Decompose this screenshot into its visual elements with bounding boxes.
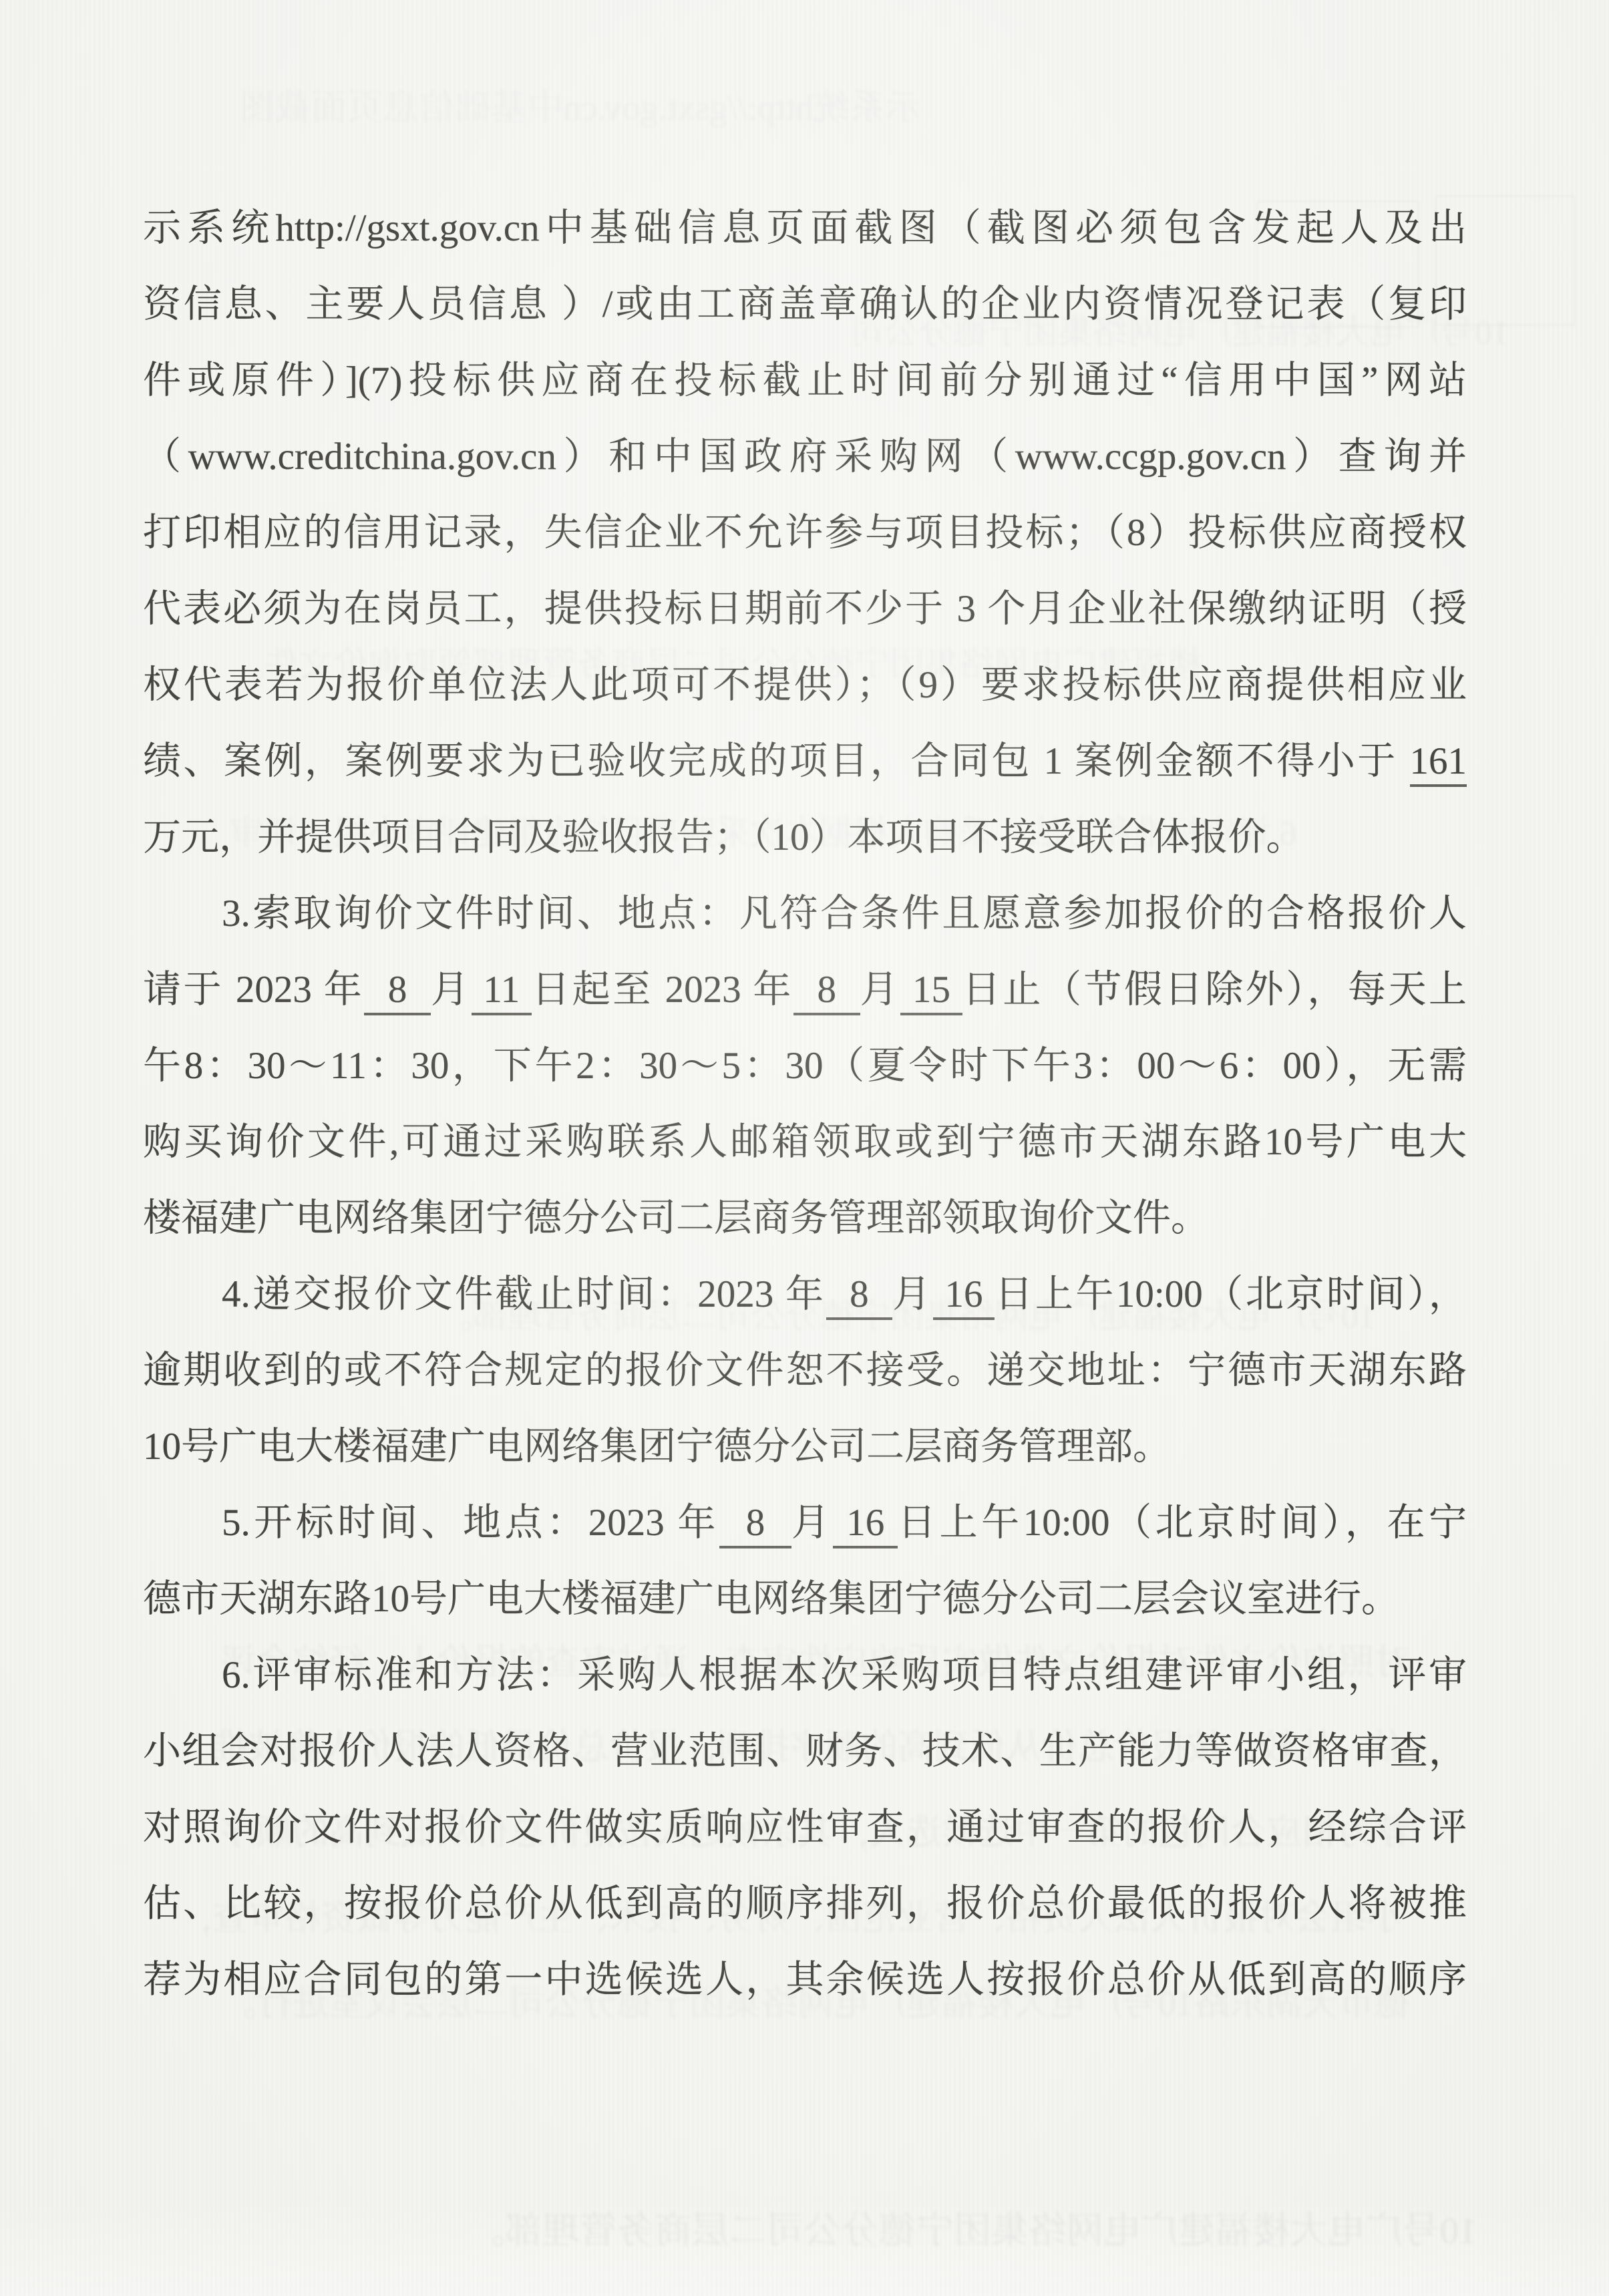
text-segment: 逾期收到的或不符合规定的报价文件恕不接受。递交地址：宁德市天湖东路 bbox=[143, 1349, 1467, 1391]
text-segment: 资信息、主要人员信息 ）/或由工商盖章确认的企业内资情况登记表（复印 bbox=[143, 283, 1467, 325]
text-segment: 10号广电大楼福建广电网络集团宁德分公司二层商务管理部。 bbox=[143, 1426, 1171, 1468]
text-line-17: 10号广电大楼福建广电网络集团宁德分公司二层商务管理部。 bbox=[143, 1409, 1467, 1485]
text-line-12: 午8：30～11：30，下午2：30～5：30（夏令时下午3：00～6：00），… bbox=[143, 1028, 1467, 1104]
underlined-value: 16 bbox=[933, 1273, 995, 1320]
text-line-4: （www.creditchina.gov.cn）和中国政府采购网（www.ccg… bbox=[143, 419, 1467, 495]
text-segment: 日起至 2023 年 bbox=[532, 969, 793, 1011]
text-line-22: 对照询价文件对报价文件做实质响应性审查，通过审查的报价人，经综合评 bbox=[143, 1790, 1467, 1866]
text-segment: 3.索取询价文件时间、地点：凡符合条件且愿意参加报价的合格报价人 bbox=[222, 892, 1467, 935]
text-segment: 5.开标时间、地点：2023 年 bbox=[222, 1502, 719, 1544]
text-segment: 月 bbox=[892, 1273, 933, 1315]
text-segment: 件或原件）](7)投标供应商在投标截止时间前分别通过“信用中国”网站 bbox=[143, 359, 1467, 401]
text-segment: 月 bbox=[791, 1502, 834, 1544]
text-line-16: 逾期收到的或不符合规定的报价文件恕不接受。递交地址：宁德市天湖东路 bbox=[143, 1333, 1467, 1409]
text-line-9: 万元，并提供项目合同及验收报告；（10）本项目不接受联合体报价。 bbox=[143, 800, 1467, 876]
text-line-19: 德市天湖东路10号广电大楼福建广电网络集团宁德分公司二层会议室进行。 bbox=[143, 1561, 1467, 1637]
text-segment: 打印相应的信用记录，失信企业不允许参与项目投标；（8）投标供应商授权 bbox=[143, 512, 1467, 554]
text-segment: 估、比较，按报价总价从低到高的顺序排列，报价总价最低的报价人将被推 bbox=[143, 1882, 1467, 1925]
text-segment: 购买询价文件,可通过采购联系人邮箱领取或到宁德市天湖东路10号广电大 bbox=[143, 1121, 1467, 1163]
text-segment: （www.creditchina.gov.cn）和中国政府采购网（www.ccg… bbox=[143, 436, 1467, 478]
text-segment: 6.评审标准和方法：采购人根据本次采购项目特点组建评审小组，评审 bbox=[222, 1654, 1467, 1696]
text-segment: 小组会对报价人法人资格、营业范围、财务、技术、生产能力等做资格审查， bbox=[143, 1730, 1467, 1772]
text-segment: 日上午10:00（北京时间）， bbox=[995, 1273, 1467, 1315]
underlined-value: 8 bbox=[719, 1502, 791, 1548]
text-line-20: 6.评审标准和方法：采购人根据本次采购项目特点组建评审小组，评审 bbox=[143, 1637, 1467, 1713]
text-line-23: 估、比较，按报价总价从低到高的顺序排列，报价总价最低的报价人将被推 bbox=[143, 1866, 1467, 1942]
text-segment: 对照询价文件对报价文件做实质响应性审查，通过审查的报价人，经综合评 bbox=[143, 1806, 1467, 1848]
text-line-15: 4.递交报价文件截止时间：2023 年 8 月 16 日上午10:00（北京时间… bbox=[143, 1257, 1467, 1333]
text-segment: 德市天湖东路10号广电大楼福建广电网络集团宁德分公司二层会议室进行。 bbox=[143, 1578, 1399, 1620]
text-line-7: 权代表若为报价单位法人此项可不提供）；（9）要求投标供应商提供相应业 bbox=[143, 647, 1467, 723]
scanned-document-page: 示系统http://gsxt.gov.cn中基础信息页面截图（截图必须包含发起人… bbox=[0, 0, 1609, 2296]
text-line-14: 楼福建广电网络集团宁德分公司二层商务管理部领取询价文件。 bbox=[143, 1180, 1467, 1257]
text-segment: 午8：30～11：30，下午2：30～5：30（夏令时下午3：00～6：00），… bbox=[143, 1045, 1467, 1087]
bleed-through-ghost: 示系统http://gsxt.gov.cn中基础信息页面截图（截图必须包含发起人… bbox=[220, 79, 922, 130]
text-segment: 代表必须为在岗员工，提供投标日期前不少于 3 个月企业社保缴纳证明（授 bbox=[143, 588, 1467, 630]
underlined-value: 15 bbox=[900, 969, 962, 1015]
text-line-13: 购买询价文件,可通过采购联系人邮箱领取或到宁德市天湖东路10号广电大 bbox=[143, 1104, 1467, 1180]
text-segment: 万元，并提供项目合同及验收报告；（10）本项目不接受联合体报价。 bbox=[143, 816, 1304, 858]
text-segment: 荐为相应合同包的第一中选候选人，其余候选人按报价总价从低到高的顺序 bbox=[143, 1959, 1467, 2001]
text-line-3: 件或原件）](7)投标供应商在投标截止时间前分别通过“信用中国”网站 bbox=[143, 343, 1467, 419]
text-segment: 月 bbox=[431, 969, 472, 1011]
text-line-18: 5.开标时间、地点：2023 年 8 月 16 日上午10:00（北京时间），在… bbox=[143, 1485, 1467, 1561]
underlined-value: 161 bbox=[1410, 740, 1467, 787]
text-segment: 权代表若为报价单位法人此项可不提供）；（9）要求投标供应商提供相应业 bbox=[143, 664, 1467, 706]
text-line-5: 打印相应的信用记录，失信企业不允许参与项目投标；（8）投标供应商授权 bbox=[143, 495, 1467, 571]
text-segment: 示系统http://gsxt.gov.cn中基础信息页面截图（截图必须包含发起人… bbox=[143, 207, 1467, 249]
text-line-6: 代表必须为在岗员工，提供投标日期前不少于 3 个月企业社保缴纳证明（授 bbox=[143, 571, 1467, 647]
text-line-21: 小组会对报价人法人资格、营业范围、财务、技术、生产能力等做资格审查， bbox=[143, 1713, 1467, 1790]
text-line-1: 示系统http://gsxt.gov.cn中基础信息页面截图（截图必须包含发起人… bbox=[143, 190, 1467, 267]
text-line-2: 资信息、主要人员信息 ）/或由工商盖章确认的企业内资情况登记表（复印 bbox=[143, 267, 1467, 343]
text-line-24: 荐为相应合同包的第一中选候选人，其余候选人按报价总价从低到高的顺序 bbox=[143, 1942, 1467, 2018]
underlined-value: 8 bbox=[826, 1273, 893, 1320]
underlined-value: 8 bbox=[364, 969, 431, 1015]
bleed-through-ghost: 10号广电大楼福建广电网络集团宁德分公司二层商务管理部。 bbox=[175, 2201, 1477, 2255]
text-segment: 绩、案例，案例要求为已验收完成的项目，合同包 1 案例金额不得小于 bbox=[143, 740, 1410, 782]
text-line-11: 请于 2023 年 8 月 11 日起至 2023 年 8 月 15 日止（节假… bbox=[143, 952, 1467, 1028]
text-segment: 日上午10:00（北京时间），在宁 bbox=[898, 1502, 1467, 1544]
text-segment: 日止（节假日除外），每天上 bbox=[962, 969, 1467, 1011]
document-text: 示系统http://gsxt.gov.cn中基础信息页面截图（截图必须包含发起人… bbox=[143, 190, 1467, 2018]
text-line-8: 绩、案例，案例要求为已验收完成的项目，合同包 1 案例金额不得小于 161 bbox=[143, 723, 1467, 800]
underlined-value: 8 bbox=[793, 969, 860, 1015]
text-segment: 请于 2023 年 bbox=[143, 969, 364, 1011]
text-segment: 月 bbox=[860, 969, 901, 1011]
text-segment: 4.递交报价文件截止时间：2023 年 bbox=[222, 1273, 826, 1315]
text-segment: 楼福建广电网络集团宁德分公司二层商务管理部领取询价文件。 bbox=[143, 1197, 1209, 1239]
text-line-10: 3.索取询价文件时间、地点：凡符合条件且愿意参加报价的合格报价人 bbox=[143, 876, 1467, 952]
underlined-value: 16 bbox=[833, 1502, 898, 1548]
underlined-value: 11 bbox=[472, 969, 532, 1015]
